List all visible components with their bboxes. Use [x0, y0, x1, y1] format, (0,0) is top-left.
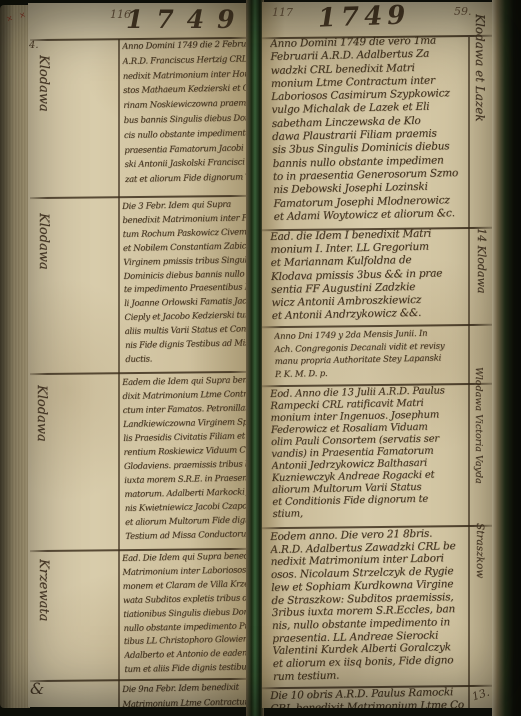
manuscript-line: et Adami Woytowicz et aliorum &c.: [274, 207, 470, 224]
manuscript-line: tum et aliis Fide dignis testibus.: [124, 662, 250, 679]
margin-note: Klodawa: [36, 55, 51, 187]
marriage-entry: Die 3 Febr. Idem qui Suprabenedixit Matr…: [122, 198, 250, 369]
manuscript-line: Testium ad Missa Conductorum.: [125, 527, 250, 544]
margin-note: Wlodawa Victoria Vayda: [473, 367, 484, 519]
margin-note: Klodawa: [36, 213, 51, 353]
manuscript-line: nis Fide dignis Testibus ad Missalem: [125, 337, 250, 354]
right-page: 117 1749 59. Klodawa et Lazek 14 Klodawa…: [262, 2, 492, 708]
marriage-entry: Die 9na Febr. Idem benedixitMatrimonium …: [122, 680, 249, 707]
margin-note: Klodawa: [34, 385, 49, 530]
margin-note: Klodawa et Lazek: [473, 14, 487, 229]
marriage-entry: Die 10 obris A.R.D. Paulus RamockiCRL be…: [270, 686, 467, 708]
marriage-entry: Anno Domini 1749 die 2 FebruaA.R.D. Fran…: [122, 37, 250, 194]
book-fore-edge: [0, 5, 30, 708]
margin-note: 13.: [470, 686, 491, 704]
marriage-entry: Anno Domini 1749 die vero 1maFebruarii A…: [270, 34, 470, 226]
book-cover-edge: [492, 0, 521, 716]
margin-mark: 4.: [29, 40, 39, 51]
manuscript-photo: × × 116 1749 4. Klodawa Klodawa Klodawa …: [0, 0, 521, 716]
margin-rule: [468, 37, 470, 708]
marriage-entry: Eod. Anno die 13 Julii A.R.D. PaulusRamp…: [270, 385, 469, 523]
marriage-entry: Eadem die Idem qui Supra benedixit Matri…: [122, 373, 250, 546]
right-year-heading: 1749: [318, 2, 411, 34]
left-page: 116 1749 4. Klodawa Klodawa Klodawa Krze…: [28, 3, 250, 707]
manuscript-line: zat et aliorum Fide dignorum Testium.: [125, 171, 250, 188]
marriage-entry: Ead. Die Idem qui Supra benedixitMatrimo…: [122, 550, 250, 680]
margin-note: Straszkow: [474, 523, 486, 635]
manuscript-line: ductis.: [125, 351, 250, 368]
manuscript-line: et Antonii Andrzykowicz &&.: [272, 306, 468, 323]
right-folio-number: 117: [272, 6, 293, 19]
marriage-entry: Ead. die Idem I benedixit Matrimonium I.…: [270, 227, 468, 325]
left-year-heading: 1749: [126, 5, 248, 34]
right-page-number: 59.: [454, 5, 472, 18]
visitation-note: Anno Dni 1749 y 2da Mensis Junii. InAch.…: [274, 327, 465, 383]
marriage-entry: Eodem anno. Die vero 21 8bris.A.R.D. Ada…: [270, 527, 469, 685]
margin-note: 14 Klodawa: [475, 228, 488, 363]
manuscript-line: Matrimonium Ltme Contractum in: [122, 695, 248, 707]
